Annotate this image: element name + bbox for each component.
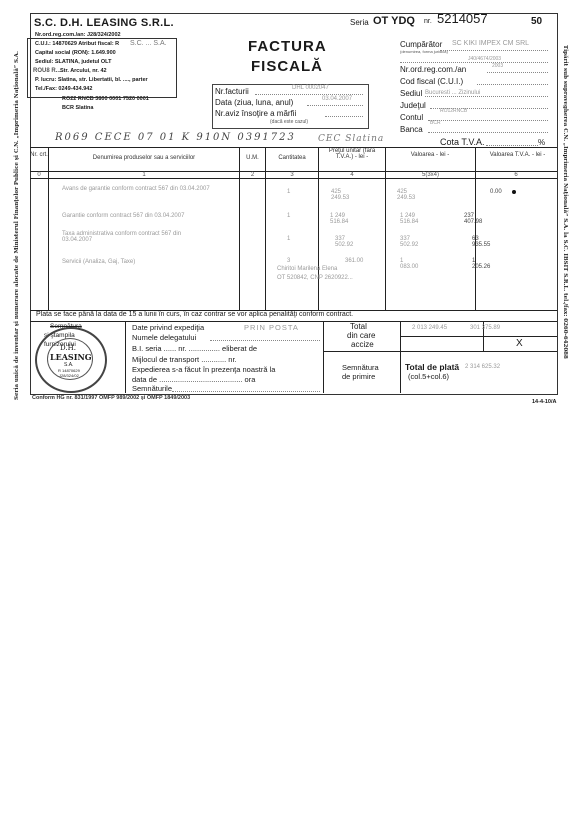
header-valoare-tva: Valoarea T.V.A. - lei - [480,152,555,158]
delegate-id-note: OT 520842, CNP 2620922... [277,275,353,281]
buyer-sediu-field[interactable] [425,96,548,97]
buyer-judet-label: Judeţul [400,101,426,110]
handwritten-account: R069 CECE 07 01 K 910N 0391723 [55,132,296,143]
buyer-line-1[interactable] [440,50,548,51]
invoice-title-2: FISCALĂ [251,58,323,75]
invoice-number: 5214057 [437,11,488,26]
series-value: OT YDQ [373,15,415,27]
form-code: 14-4-10/A [532,399,556,405]
cota-tva-label: Cota T.V.A. [440,137,485,147]
stamp-center-1: D.H. [60,344,76,352]
total-plata-label: Total de plată [405,362,459,372]
exp-data-label: data de ................................… [132,375,255,384]
header-denumire: Denumirea produselor sau a serviciilor [49,155,239,161]
header-nr-crt: Nr. crt. [30,152,48,158]
colnum-4: 4 [319,172,385,178]
header-um: U.M. [240,155,265,161]
buyer-cont-label: Contul [400,113,423,122]
accize-x-mark: X [516,338,523,349]
exp-transport-label: Mijlocul de transport ............ nr. [132,355,237,364]
colnum-6: 6 [476,172,556,178]
colnum-0: 0 [30,172,48,178]
buyer-banca-value: BCR [430,120,441,126]
buyer-cui-label: Cod fiscal (C.U.I.) [400,77,463,86]
stamp-rect [27,38,177,98]
data-value: 03.04.2007 [322,96,352,102]
buyer-sediu-label: Sediul [400,89,422,98]
exp-title: Date privind expediţia [132,323,204,332]
total-vat-value: 301 375.89 [470,325,500,331]
din-care-label: din care [347,331,375,340]
total-label: Total [350,322,367,331]
colnum-1: 1 [49,172,239,178]
legal-reference: Conform HG nr. 831/1997 OMFP 989/2002 şi… [32,395,190,401]
buyer-label: Cumpărător [400,40,442,49]
accize-label: accize [351,340,374,349]
buyer-cui-field[interactable] [477,84,548,85]
supplier-banca: BCR Slatina [62,105,93,111]
header-pret: Preţul unitar (fără T.V.A.) - lei - [326,148,378,160]
cota-tva-field[interactable] [486,145,538,146]
cota-tva-unit: % [538,138,545,147]
semnaturile-field[interactable] [172,391,320,392]
buyer-line-2[interactable] [400,62,548,63]
delegate-name-note: Chiritoi Marilena Elena [277,266,337,272]
nr-facturii-label: Nr.facturii [215,87,249,96]
left-margin-series: Seria unică de inventar şi numerare aloc… [14,51,20,400]
total-value: 2 013 249.45 [412,325,447,331]
buyer-cont-field[interactable] [428,120,548,121]
number-label: nr. [424,18,432,25]
right-margin-printer: Tipărit sub supravegherea C.N. „Imprimer… [562,45,568,359]
buyer-banca-label: Banca [400,125,423,134]
buyer-reg-value: 2003 [492,63,503,69]
buyer-cont-value: RO12RNCB [440,108,467,114]
buyer-reg-field[interactable] [487,72,548,73]
semnatura-primire-2: de primire [342,372,375,381]
colnum-2: 2 [240,172,265,178]
aviz-note: (dacă este cazul) [270,119,308,125]
exp-expedierea-label: Expedierea s-a făcut în prezenţa noastră… [132,365,275,374]
ink-dot-icon [512,190,516,194]
aviz-label: Nr.aviz însoţire a mărfii [215,109,296,118]
colnum-3: 3 [266,172,318,178]
payment-terms: Plata se face până la data de 15 a lunii… [36,311,353,318]
nr-facturii-field[interactable] [255,94,363,95]
nr-facturii-value: DHL 0002047 [292,85,329,91]
invoice-title-1: FACTURA [248,38,327,55]
header-cantitate: Cantitatea [266,155,318,161]
exp-delegat-label: Numele delegatului [132,333,196,342]
stamp-center-2: LEASING [50,352,92,362]
exp-semnaturile-label: Semnăturile [132,384,172,393]
buyer-reg-label: Nr.ord.reg.com./an [400,65,466,74]
table-top [30,147,557,148]
copy-number: 50 [531,16,542,27]
total-plata-formula: (col.5+col.6) [408,372,449,381]
delegat-field[interactable] [210,340,320,341]
buyer-banca-field[interactable] [428,132,548,133]
colnum-5: 5(3x4) [386,172,475,178]
total-plata-value: 2 314 625.32 [465,364,500,370]
semnatura-primire-1: Semnătura [342,363,379,372]
data-field[interactable] [307,105,363,106]
exp-bi-label: B.I. seria ...... nr. ............... el… [132,344,257,353]
supplier-name: S.C. D.H. LEASING S.R.L. [34,17,174,29]
buyer-value: SC KIKI IMPEX CM SRL [452,40,529,47]
data-label: Data (ziua, luna, anul) [215,98,293,107]
handwritten-bank: CEC Slatina [318,134,384,144]
exp-value: PRIN POSTA [244,323,299,332]
table-colnum-bottom [30,178,557,179]
aviz-field[interactable] [325,116,363,117]
header-valoare: Valoarea - lei - [400,152,460,158]
stamp-center-5: J28/324/02 [59,373,79,378]
series-label: Seria [350,18,369,27]
